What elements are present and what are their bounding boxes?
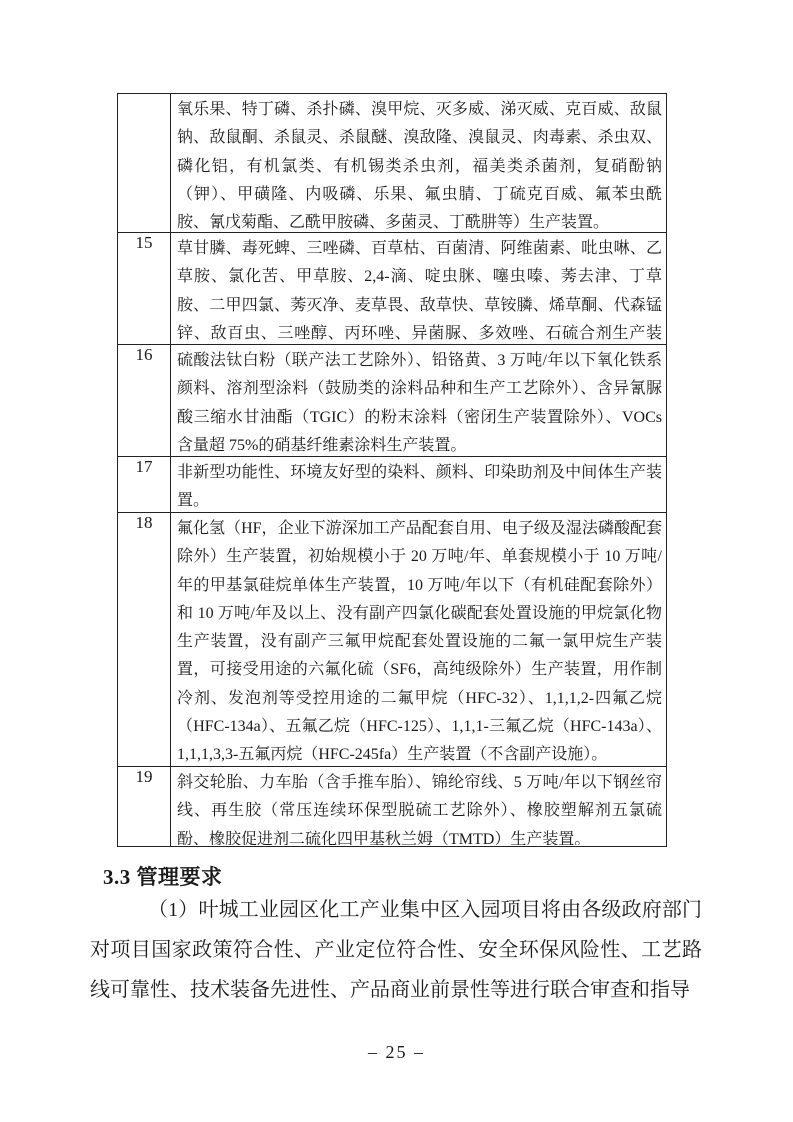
row-number-cell: 15 <box>118 233 171 345</box>
table-row: 16硫酸法钛白粉（联产法工艺除外）、铅铬黄、3 万吨/年以下氧化铁系颜料、溶剂型… <box>118 345 667 457</box>
row-content-text: 氟化氢（HF，企业下游深加工产品配套自用、电子级及湿法磷酸配套除外）生产装置，初… <box>177 515 662 765</box>
restricted-projects-table: 氧乐果、特丁磷、杀扑磷、溴甲烷、灭多威、涕灭威、克百威、敌鼠钠、敌鼠酮、杀鼠灵、… <box>117 93 667 847</box>
table-row: 17非新型功能性、环境友好型的染料、颜料、印染助剂及中间体生产装置。 <box>118 457 667 513</box>
row-content-text: 氧乐果、特丁磷、杀扑磷、溴甲烷、灭多威、涕灭威、克百威、敌鼠钠、敌鼠酮、杀鼠灵、… <box>177 96 662 230</box>
row-content-cell: 非新型功能性、环境友好型的染料、颜料、印染助剂及中间体生产装置。 <box>171 457 667 513</box>
row-content-cell: 硫酸法钛白粉（联产法工艺除外）、铅铬黄、3 万吨/年以下氧化铁系颜料、溶剂型涂料… <box>171 345 667 457</box>
row-number-cell: 18 <box>118 513 171 767</box>
row-content-text: 斜交轮胎、力车胎（含手推车胎）、锦纶帘线、5 万吨/年以下钢丝帘线、再生胶（常压… <box>177 769 662 845</box>
table-row: 19斜交轮胎、力车胎（含手推车胎）、锦纶帘线、5 万吨/年以下钢丝帘线、再生胶（… <box>118 767 667 847</box>
row-number-cell: 17 <box>118 457 171 513</box>
page-number: – 25 – <box>0 1042 793 1063</box>
table-row: 15草甘膦、毒死蜱、三唑磷、百草枯、百菌清、阿维菌素、吡虫啉、乙草胺、氯化苦、甲… <box>118 233 667 345</box>
table-row: 18氟化氢（HF，企业下游深加工产品配套自用、电子级及湿法磷酸配套除外）生产装置… <box>118 513 667 767</box>
row-number-cell <box>118 94 171 233</box>
row-content-cell: 斜交轮胎、力车胎（含手推车胎）、锦纶帘线、5 万吨/年以下钢丝帘线、再生胶（常压… <box>171 767 667 847</box>
restricted-projects-table-body: 氧乐果、特丁磷、杀扑磷、溴甲烷、灭多威、涕灭威、克百威、敌鼠钠、敌鼠酮、杀鼠灵、… <box>118 94 667 847</box>
row-content-cell: 氟化氢（HF，企业下游深加工产品配套自用、电子级及湿法磷酸配套除外）生产装置，初… <box>171 513 667 767</box>
row-content-text: 硫酸法钛白粉（联产法工艺除外）、铅铬黄、3 万吨/年以下氧化铁系颜料、溶剂型涂料… <box>177 347 662 455</box>
row-content-cell: 氧乐果、特丁磷、杀扑磷、溴甲烷、灭多威、涕灭威、克百威、敌鼠钠、敌鼠酮、杀鼠灵、… <box>171 94 667 233</box>
row-number-cell: 16 <box>118 345 171 457</box>
row-content-text: 非新型功能性、环境友好型的染料、颜料、印染助剂及中间体生产装置。 <box>177 459 662 511</box>
row-content-cell: 草甘膦、毒死蜱、三唑磷、百草枯、百菌清、阿维菌素、吡虫啉、乙草胺、氯化苦、甲草胺… <box>171 233 667 345</box>
table-row: 氧乐果、特丁磷、杀扑磷、溴甲烷、灭多威、涕灭威、克百威、敌鼠钠、敌鼠酮、杀鼠灵、… <box>118 94 667 233</box>
row-content-text: 草甘膦、毒死蜱、三唑磷、百草枯、百菌清、阿维菌素、吡虫啉、乙草胺、氯化苦、甲草胺… <box>177 235 662 343</box>
body-paragraph: （1）叶城工业园区化工产业集中区入园项目将由各级政府部门对项目国家政策符合性、产… <box>90 890 702 1010</box>
section-heading: 3.3 管理要求 <box>103 861 223 891</box>
row-number-cell: 19 <box>118 767 171 847</box>
document-page: 氧乐果、特丁磷、杀扑磷、溴甲烷、灭多威、涕灭威、克百威、敌鼠钠、敌鼠酮、杀鼠灵、… <box>0 0 793 1122</box>
